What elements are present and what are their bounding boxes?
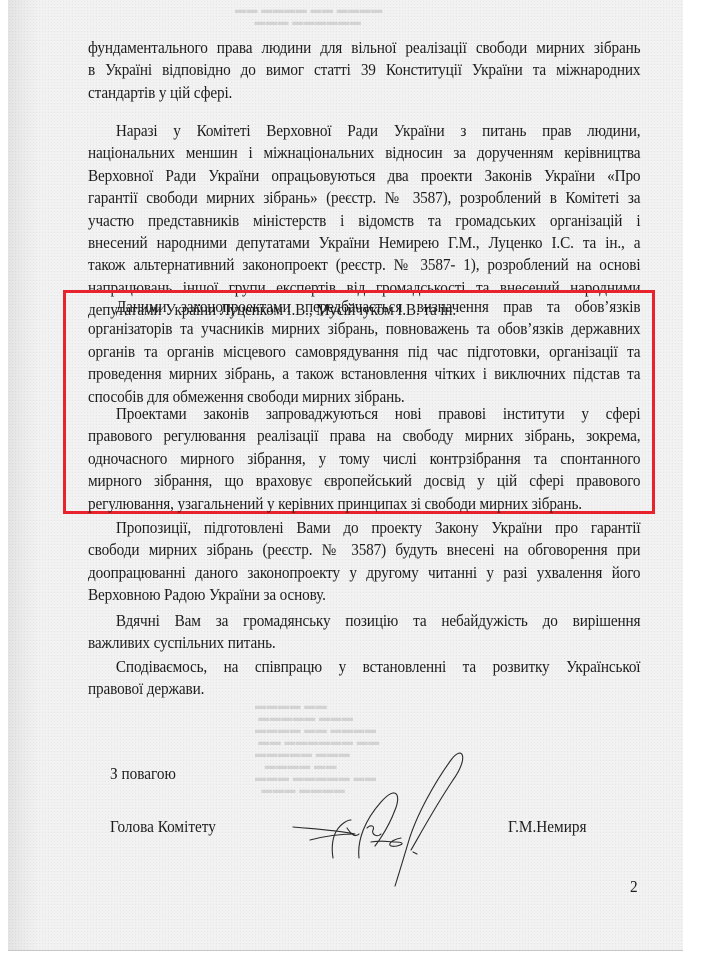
page-number: 2: [630, 877, 638, 897]
text-line: Даними законопроектами передбачається ви…: [88, 296, 640, 318]
paragraph-cooperation: Сподіваємось, на співпрацю у встановленн…: [88, 656, 640, 701]
text-line: також альтернативний законопроект (реєст…: [88, 254, 640, 276]
text-line: свободи мирних зібрань (реєстр. № 3587) …: [88, 539, 640, 561]
text-line: доопрацюванні даного законопроекту у дру…: [88, 562, 640, 584]
text-line: Проектами законів запроваджуються нові п…: [88, 403, 640, 425]
paragraph-gratitude: Вдячні Вам за громадянську позицію та не…: [88, 610, 640, 655]
text-line: Пропозиції, підготовлені Вами до проекту…: [88, 517, 640, 539]
text-line: мирного зібрання, що враховує європейськ…: [88, 470, 640, 492]
page-shadow: [8, 0, 38, 950]
bleed-through-text: ▬▬ ▬▬▬▬ ▬▬ ▬▬▬▬ ▬▬▬ ▬▬▬▬▬▬: [235, 4, 383, 28]
closing-salutation: З повагою: [110, 764, 176, 784]
signer-name: Г.М.Немиря: [508, 817, 586, 837]
paragraph-proposals: Пропозиції, підготовлені Вами до проекту…: [88, 517, 640, 607]
text-line: важливих суспільних питань.: [88, 632, 640, 654]
text-line: проведення мирних зібрань, а також встан…: [88, 363, 640, 385]
text-line: Наразі у Комітеті Верховної Ради України…: [88, 120, 640, 142]
text-line: Вдячні Вам за громадянську позицію та не…: [88, 610, 640, 632]
text-line: гарантії свободи мирних зібрань» (реєстр…: [88, 187, 640, 209]
paragraph-continuation: фундаментального права людини для вільно…: [88, 37, 640, 104]
handwritten-signature-icon: [285, 750, 485, 900]
paragraph-highlighted-provisions: Даними законопроектами передбачається ви…: [88, 296, 640, 408]
text-line: стандартів у цій сфері.: [88, 82, 640, 104]
text-line: Верховної Ради України опрацьовуються дв…: [88, 165, 640, 187]
text-line: Верховною Радою України за основу.: [88, 584, 640, 606]
text-line: фундаментального права людини для вільно…: [88, 37, 640, 59]
text-line: правового регулювання реалізації права н…: [88, 425, 640, 447]
text-line: участю представників міністерств і відом…: [88, 210, 640, 232]
signer-position: Голова Комітету: [110, 817, 216, 837]
text-line: Сподіваємось, на співпрацю у встановленн…: [88, 656, 640, 678]
text-line: в Україні відповідно до вимог статті 39 …: [88, 59, 640, 81]
text-line: національних меншин і міжнаціональних ві…: [88, 142, 640, 164]
text-line: одночасного мирного зібрання, у тому чис…: [88, 448, 640, 470]
text-line: регулювання, узагальнений у керівних при…: [88, 493, 640, 515]
text-line: організаторів та учасників мирних зібран…: [88, 318, 640, 340]
text-line: внесений народними депутатами України Не…: [88, 232, 640, 254]
text-line: органів та органів місцевого самоврядува…: [88, 341, 640, 363]
text-line: правової держави.: [88, 678, 640, 700]
paragraph-highlighted-institutes: Проектами законів запроваджуються нові п…: [88, 403, 640, 515]
